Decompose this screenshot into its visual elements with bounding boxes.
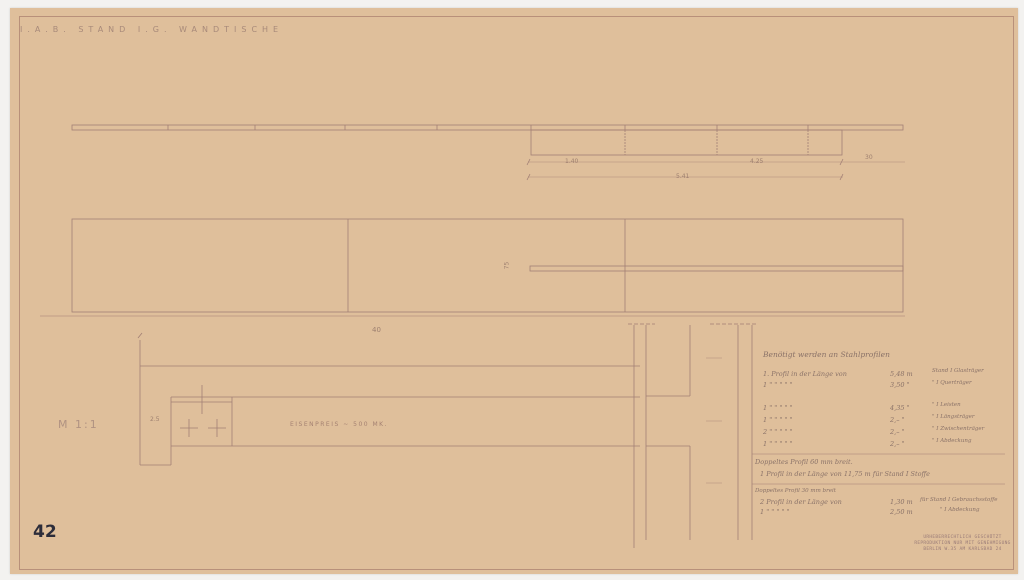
notes-use: für Stand I Gebrauchsstoffe [920, 497, 998, 503]
dim-right-segment: 4.25 [750, 158, 763, 165]
notes-row: 1 " " " " " [760, 508, 789, 516]
top-rail-elevation [72, 125, 905, 180]
notes-use: " I Zwischenträger [932, 426, 984, 432]
notes-use: " I Längsträger [932, 414, 975, 420]
notes-use: " I Abdeckung [940, 507, 980, 513]
technical-drawing [0, 0, 1024, 580]
notes-length: 2,– " [890, 428, 905, 436]
dim-detail-small: 2.5 [150, 416, 160, 423]
drawing-title: I.A.B. STAND I.G. WANDTISCHE [20, 25, 283, 34]
archive-stamp: URHEBERRECHTLICH GESCHÜTZT REPRODUKTION … [905, 535, 1020, 553]
notes-row: 1 " " " " " [763, 440, 792, 448]
notes-length: 3,50 " [890, 381, 910, 389]
notes-length: 2,– " [890, 440, 905, 448]
notes-use: Stand I Glasträger [932, 368, 984, 374]
notes-use: " I Querträger [932, 380, 972, 386]
notes-row: 1 " " " " " [763, 381, 792, 389]
dim-total: 5.41 [676, 173, 689, 180]
notes-row: 1 " " " " " [763, 404, 792, 412]
page-number: 42 [33, 522, 57, 542]
notes-length: 1,30 m [890, 498, 913, 506]
front-elevation [40, 219, 905, 316]
dim-vertical: 75 [503, 262, 510, 270]
dim-left-segment: 1.40 [565, 158, 578, 165]
notes-length: 2,– " [890, 416, 905, 424]
iron-price-label: EISENPREIS ~ 500 MK. [290, 421, 388, 428]
notes-use: " I Abdeckung [932, 438, 972, 444]
notes-row: 2 Profil in der Länge von [760, 498, 842, 506]
profile-detail [138, 324, 758, 548]
scale-label: M 1:1 [58, 418, 99, 431]
dim-detail-width: 40 [372, 326, 381, 334]
notes-length: 4,35 " [890, 404, 910, 412]
notes-section2-heading: Doppeltes Profil 60 mm breit. [755, 458, 853, 466]
notes-length: 5,48 m [890, 370, 913, 378]
notes-section2-row: 1 Profil in der Länge von 11,75 m für St… [760, 470, 930, 478]
notes-row: 2 " " " " " [763, 428, 792, 436]
dim-end-segment: 30 [865, 154, 873, 161]
notes-heading: Benötigt werden an Stahlprofilen [763, 350, 890, 359]
notes-length: 2,50 m [890, 508, 913, 516]
notes-row: 1. Profil in der Länge von [763, 370, 847, 378]
notes-row: 1 " " " " " [763, 416, 792, 424]
notes-section3-heading: Doppeltes Profil 30 mm breit [755, 488, 836, 494]
notes-use: " I Leisten [932, 402, 961, 408]
